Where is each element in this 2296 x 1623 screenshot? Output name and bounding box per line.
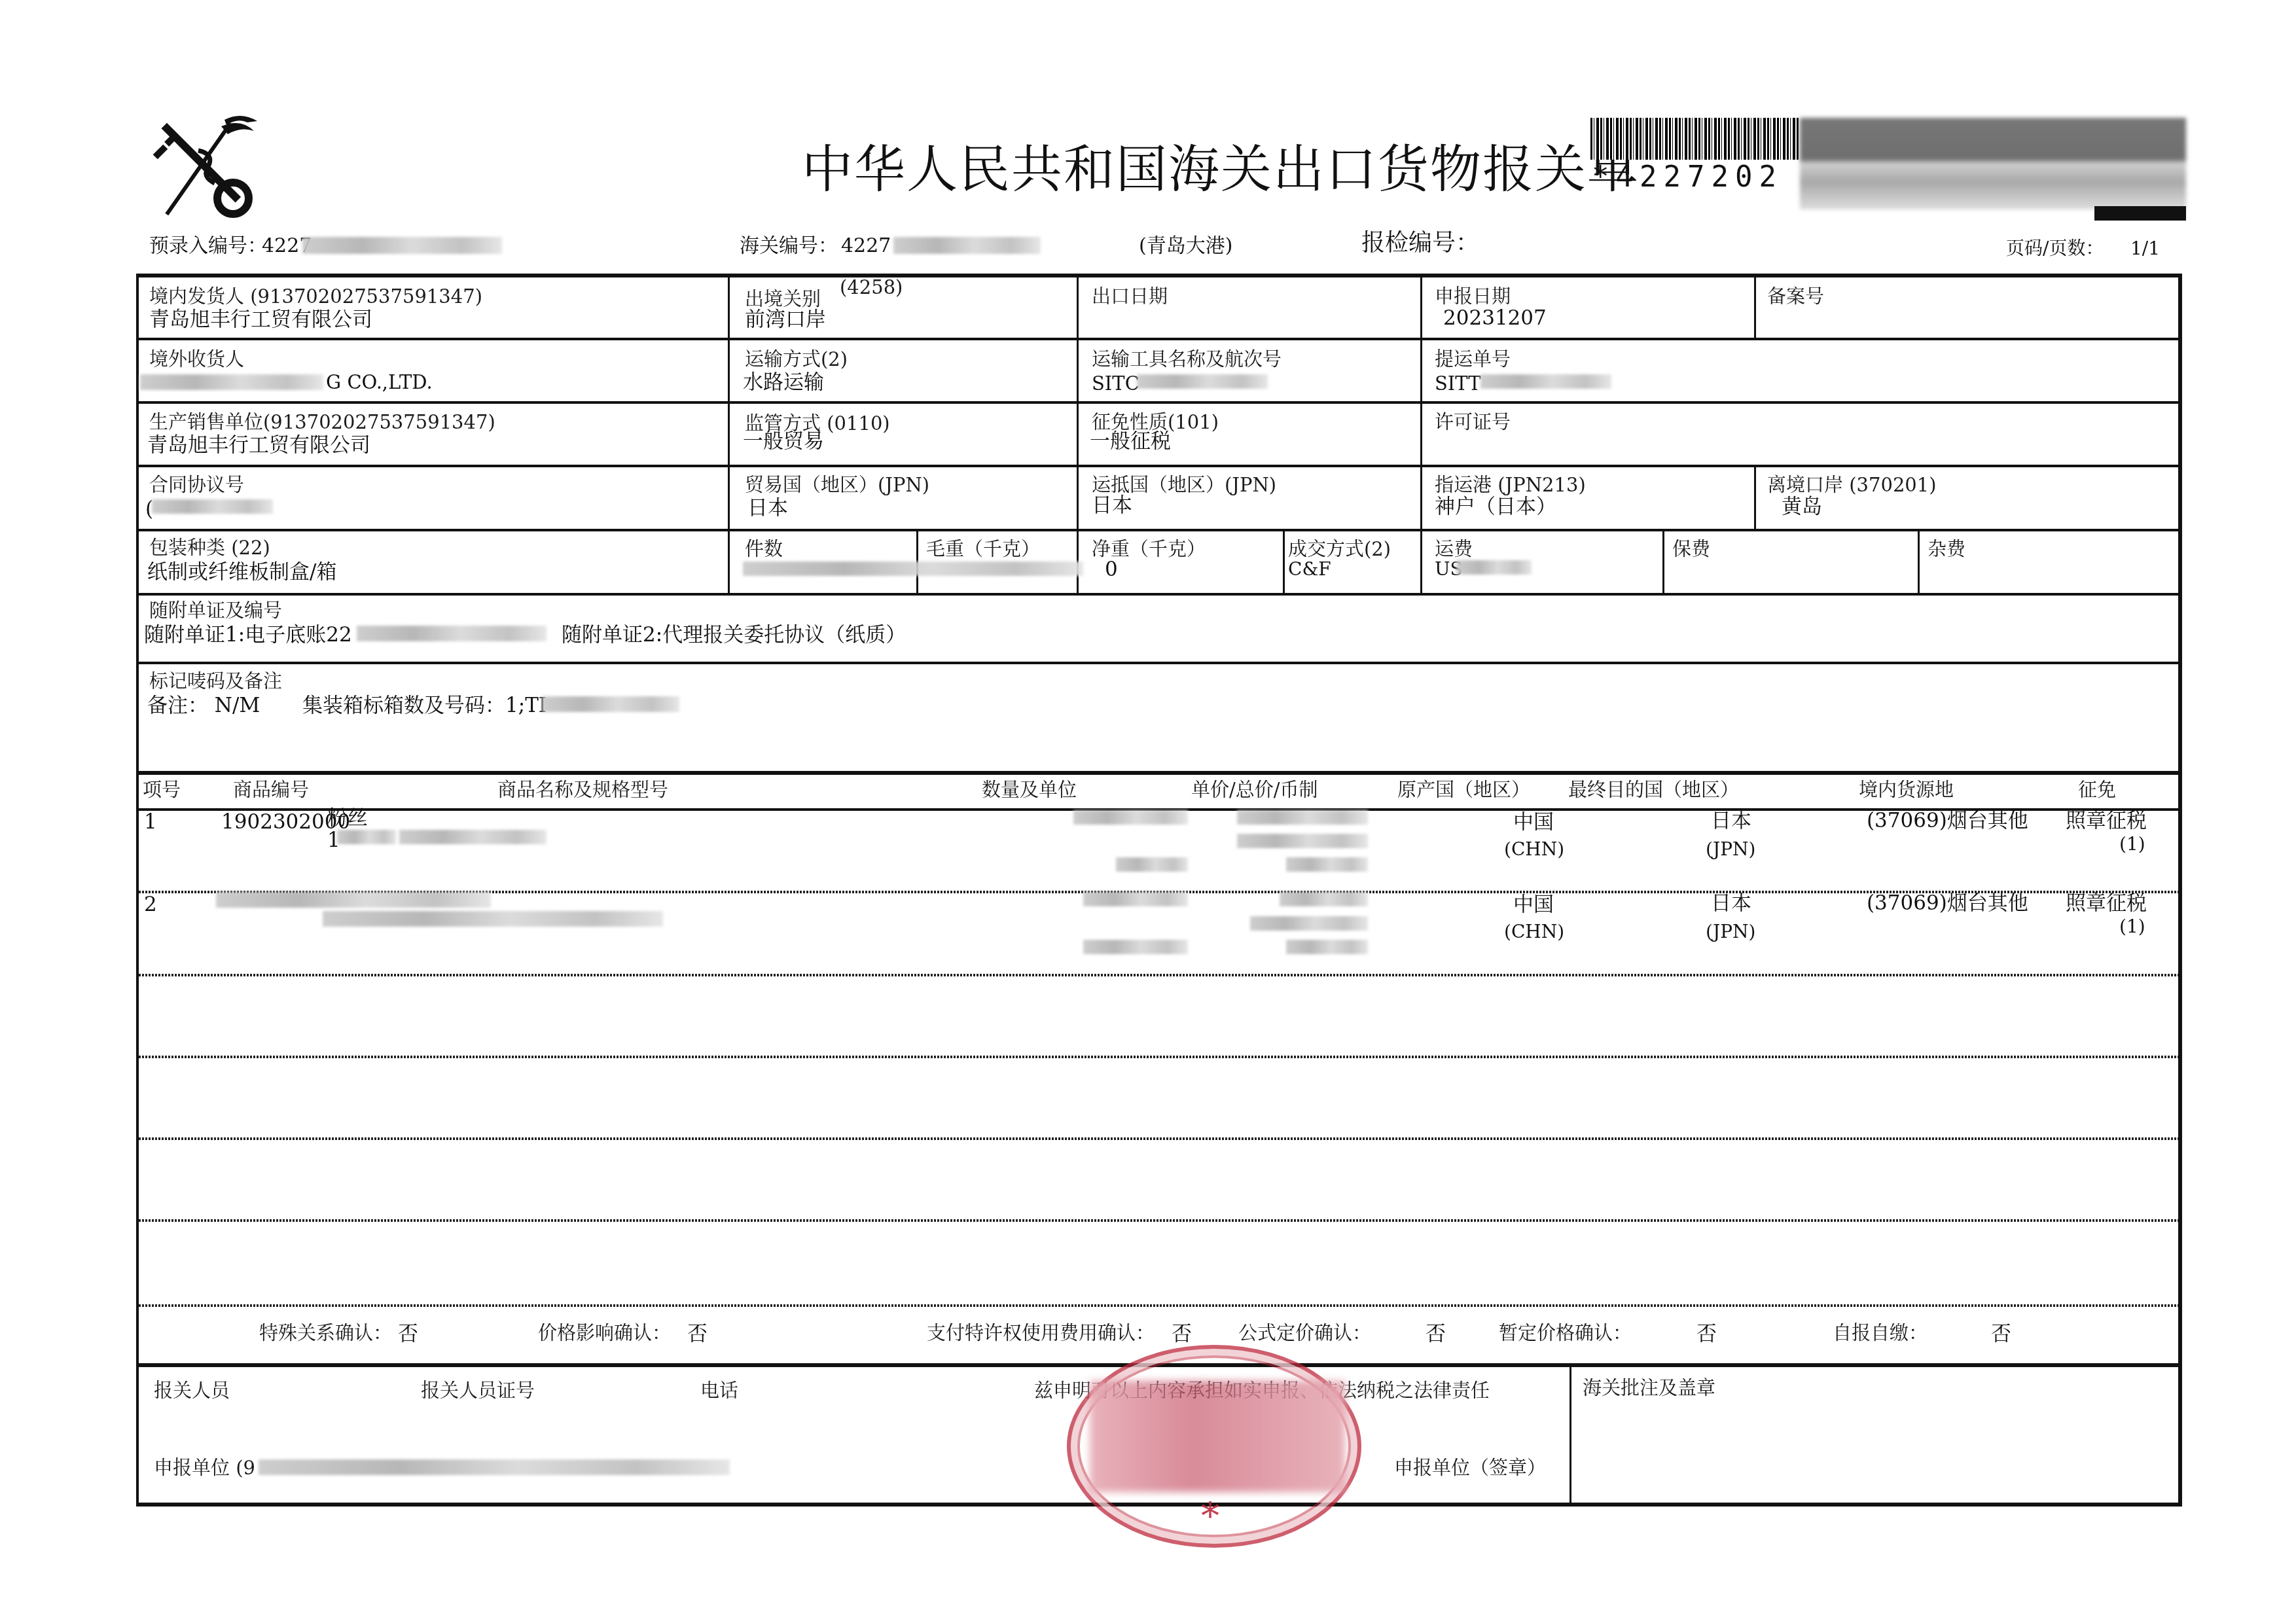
net-weight-label: 净重（千克） bbox=[1092, 538, 1206, 560]
dest-port-label: 指运港 (JPN213) bbox=[1435, 474, 1586, 496]
export-date-label: 出口日期 bbox=[1092, 285, 1168, 308]
page-value: 1/1 bbox=[2130, 237, 2160, 260]
col-origin: 原产国（地区） bbox=[1397, 779, 1530, 801]
attached-docs-label: 随附单证及编号 bbox=[149, 599, 282, 622]
levy-method: 照章征税 bbox=[2066, 891, 2147, 915]
bill-of-lading-label: 提运单号 bbox=[1435, 348, 1511, 370]
marks-label: 标记唛码及备注 bbox=[149, 670, 282, 692]
bill-of-lading-value: SITT bbox=[1435, 372, 1481, 395]
document-title: 中华人民共和国海关出口货物报关单 bbox=[802, 141, 1640, 200]
col-levy: 征免 bbox=[2078, 779, 2116, 801]
origin-country: 中国 bbox=[1513, 893, 1554, 916]
marks-remark: 备注： N/M bbox=[147, 694, 260, 717]
self-declare-value: 否 bbox=[1991, 1322, 2011, 1346]
formula-pricing-value: 否 bbox=[1426, 1322, 1446, 1346]
origin-code: (CHN) bbox=[1504, 920, 1564, 944]
trade-country-value: 日本 bbox=[747, 496, 788, 520]
col-item-no: 项号 bbox=[143, 779, 181, 801]
contract-no-label: 合同协议号 bbox=[149, 474, 244, 496]
barcode bbox=[1590, 118, 1800, 160]
gross-weight-label: 毛重（千克） bbox=[926, 538, 1040, 560]
consignee-value: G CO.,LTD. bbox=[326, 370, 433, 394]
destination-code: (JPN) bbox=[1706, 920, 1755, 944]
redacted-block bbox=[216, 892, 491, 908]
supervision-value: 一般贸易 bbox=[743, 429, 824, 453]
redacted-block bbox=[302, 237, 502, 254]
royalty-label: 支付特许权使用费用确认： bbox=[927, 1322, 1155, 1344]
trade-terms-value: C&F bbox=[1288, 558, 1331, 581]
redacted-block bbox=[1073, 810, 1188, 825]
page-label: 页码/页数： bbox=[2006, 237, 2104, 260]
redacted-block bbox=[152, 499, 273, 514]
redacted-block bbox=[1280, 892, 1368, 906]
trade-terms-label: 成交方式(2) bbox=[1288, 538, 1391, 560]
barcode-redacted bbox=[1800, 118, 2186, 209]
company-seal-redacted bbox=[1090, 1381, 1345, 1492]
col-destination: 最终目的国（地区） bbox=[1568, 779, 1739, 801]
declarant-id-label: 报关人员证号 bbox=[421, 1380, 535, 1402]
pieces-label: 件数 bbox=[745, 538, 783, 560]
declarant-label: 报关人员 bbox=[154, 1380, 230, 1402]
declaring-unit-label: 申报单位 (9 bbox=[154, 1457, 255, 1479]
record-no-label: 备案号 bbox=[1767, 285, 1824, 308]
destination-country-label: 运抵国（地区）(JPN) bbox=[1092, 474, 1276, 496]
declare-date-value: 20231207 bbox=[1443, 306, 1547, 330]
attached-doc-2: 随附单证2:代理报关委托协议（纸质） bbox=[562, 623, 906, 647]
attached-doc-1: 随附单证1:电子底账22 bbox=[144, 623, 352, 647]
marks-container: 集装箱标箱数及号码：1;TI bbox=[302, 694, 547, 717]
destination-code: (JPN) bbox=[1706, 838, 1755, 861]
insurance-label: 保费 bbox=[1672, 538, 1710, 560]
origin-country: 中国 bbox=[1513, 810, 1554, 834]
col-hs-code: 商品编号 bbox=[233, 779, 309, 801]
col-quantity: 数量及单位 bbox=[982, 779, 1077, 801]
transport-mode-value: 水路运输 bbox=[743, 370, 824, 394]
transport-mode-label: 运输方式(2) bbox=[745, 348, 848, 370]
provisional-price-value: 否 bbox=[1696, 1322, 1717, 1346]
special-relation-label: 特殊关系确认： bbox=[259, 1322, 392, 1344]
price-impact-value: 否 bbox=[687, 1322, 708, 1346]
redacted-block bbox=[1250, 916, 1368, 931]
redacted-block bbox=[323, 911, 663, 927]
dest-port-value: 神户（日本） bbox=[1435, 495, 1556, 518]
redacted-block bbox=[893, 237, 1041, 254]
formula-pricing-label: 公式定价确认： bbox=[1238, 1322, 1371, 1344]
redacted-block bbox=[259, 1459, 730, 1475]
redacted-block bbox=[1083, 940, 1188, 954]
levy-nature-value: 一般征税 bbox=[1090, 429, 1171, 453]
goods-name: 粉丝 bbox=[327, 806, 368, 830]
vessel-label: 运输工具名称及航次号 bbox=[1092, 348, 1282, 370]
exit-customs-code: (4258) bbox=[840, 276, 903, 298]
destination-country-value: 日本 bbox=[1092, 493, 1132, 517]
redacted-block bbox=[1137, 374, 1268, 389]
redacted-block bbox=[399, 830, 547, 844]
net-weight-value: 0 bbox=[1105, 558, 1118, 581]
exit-port-value: 黄岛 bbox=[1782, 495, 1822, 518]
customs-no-label: 海关编号： bbox=[740, 234, 838, 258]
origin-code: (CHN) bbox=[1504, 838, 1564, 861]
redacted-block bbox=[1480, 374, 1611, 389]
shipper-label: 境内发货人 (913702027537591347) bbox=[149, 285, 482, 308]
consignee-label: 境外收货人 bbox=[149, 348, 244, 370]
exit-port-label: 离境口岸 (370201) bbox=[1767, 474, 1937, 496]
customs-no-value: 4227 bbox=[841, 234, 891, 258]
misc-fee-label: 杂费 bbox=[1928, 538, 1965, 560]
trade-country-label: 贸易国（地区）(JPN) bbox=[745, 474, 929, 496]
shipper-value: 青岛旭丰行工贸有限公司 bbox=[149, 308, 372, 331]
customs-port: (青岛大港) bbox=[1139, 234, 1232, 258]
customs-note-label: 海关批注及盖章 bbox=[1583, 1377, 1715, 1399]
redacted-block bbox=[1286, 940, 1368, 954]
declaring-seal-label: 申报单位（签章） bbox=[1394, 1457, 1546, 1479]
destination-country: 日本 bbox=[1711, 809, 1751, 832]
levy-code: (1) bbox=[2119, 832, 2145, 856]
package-type-value: 纸制或纤维板制盒/箱 bbox=[147, 560, 336, 584]
exit-customs-value: 前湾口岸 bbox=[745, 308, 826, 331]
redacted-block bbox=[1456, 560, 1532, 575]
goods-source: (37069)烟台其他 bbox=[1867, 809, 2028, 832]
special-relation-value: 否 bbox=[398, 1322, 418, 1346]
levy-method: 照章征税 bbox=[2066, 809, 2147, 832]
provisional-price-label: 暂定价格确认： bbox=[1499, 1322, 1632, 1344]
redacted-block bbox=[542, 696, 679, 712]
redacted-block bbox=[337, 830, 396, 844]
barcode-number: *4227202 bbox=[1592, 160, 1783, 194]
col-goods-name: 商品名称及规格型号 bbox=[497, 779, 668, 801]
producer-value: 青岛旭丰行工贸有限公司 bbox=[147, 433, 370, 457]
col-source: 境内货源地 bbox=[1859, 779, 1954, 801]
royalty-value: 否 bbox=[1172, 1322, 1192, 1346]
item-no: 2 bbox=[144, 893, 157, 916]
redacted-block bbox=[140, 374, 323, 390]
self-declare-label: 自报自缴： bbox=[1833, 1322, 1928, 1344]
item-no: 1 bbox=[144, 810, 157, 834]
price-impact-label: 价格影响确认： bbox=[538, 1322, 671, 1344]
freight-label: 运费 bbox=[1435, 538, 1473, 560]
customs-emblem-icon bbox=[149, 115, 260, 219]
exit-customs-label: 出境关别 bbox=[745, 288, 821, 310]
license-no-label: 许可证号 bbox=[1435, 411, 1511, 433]
redacted-block bbox=[743, 562, 1083, 576]
vessel-value: SITC bbox=[1092, 372, 1139, 395]
redacted-block bbox=[357, 626, 547, 641]
declare-date-label: 申报日期 bbox=[1435, 285, 1511, 308]
producer-label: 生产销售单位(913702027537591347) bbox=[149, 411, 495, 433]
seal-star-icon: * bbox=[1201, 1499, 1219, 1535]
qr-code-fragment bbox=[2094, 206, 2186, 221]
pre-entry-label: 预录入编号： bbox=[149, 234, 267, 258]
inspection-no-label: 报检编号： bbox=[1361, 232, 1479, 255]
goods-source: (37069)烟台其他 bbox=[1867, 891, 2028, 915]
phone-label: 电话 bbox=[700, 1380, 738, 1402]
redacted-block bbox=[1083, 892, 1188, 906]
redacted-block bbox=[1237, 834, 1368, 848]
destination-country: 日本 bbox=[1711, 891, 1751, 915]
package-type-label: 包装种类 (22) bbox=[149, 537, 270, 559]
redacted-block bbox=[1237, 810, 1368, 825]
redacted-block bbox=[1116, 857, 1188, 872]
redacted-block bbox=[1286, 857, 1368, 872]
col-price: 单价/总价/币制 bbox=[1191, 779, 1318, 801]
levy-code: (1) bbox=[2119, 915, 2145, 938]
